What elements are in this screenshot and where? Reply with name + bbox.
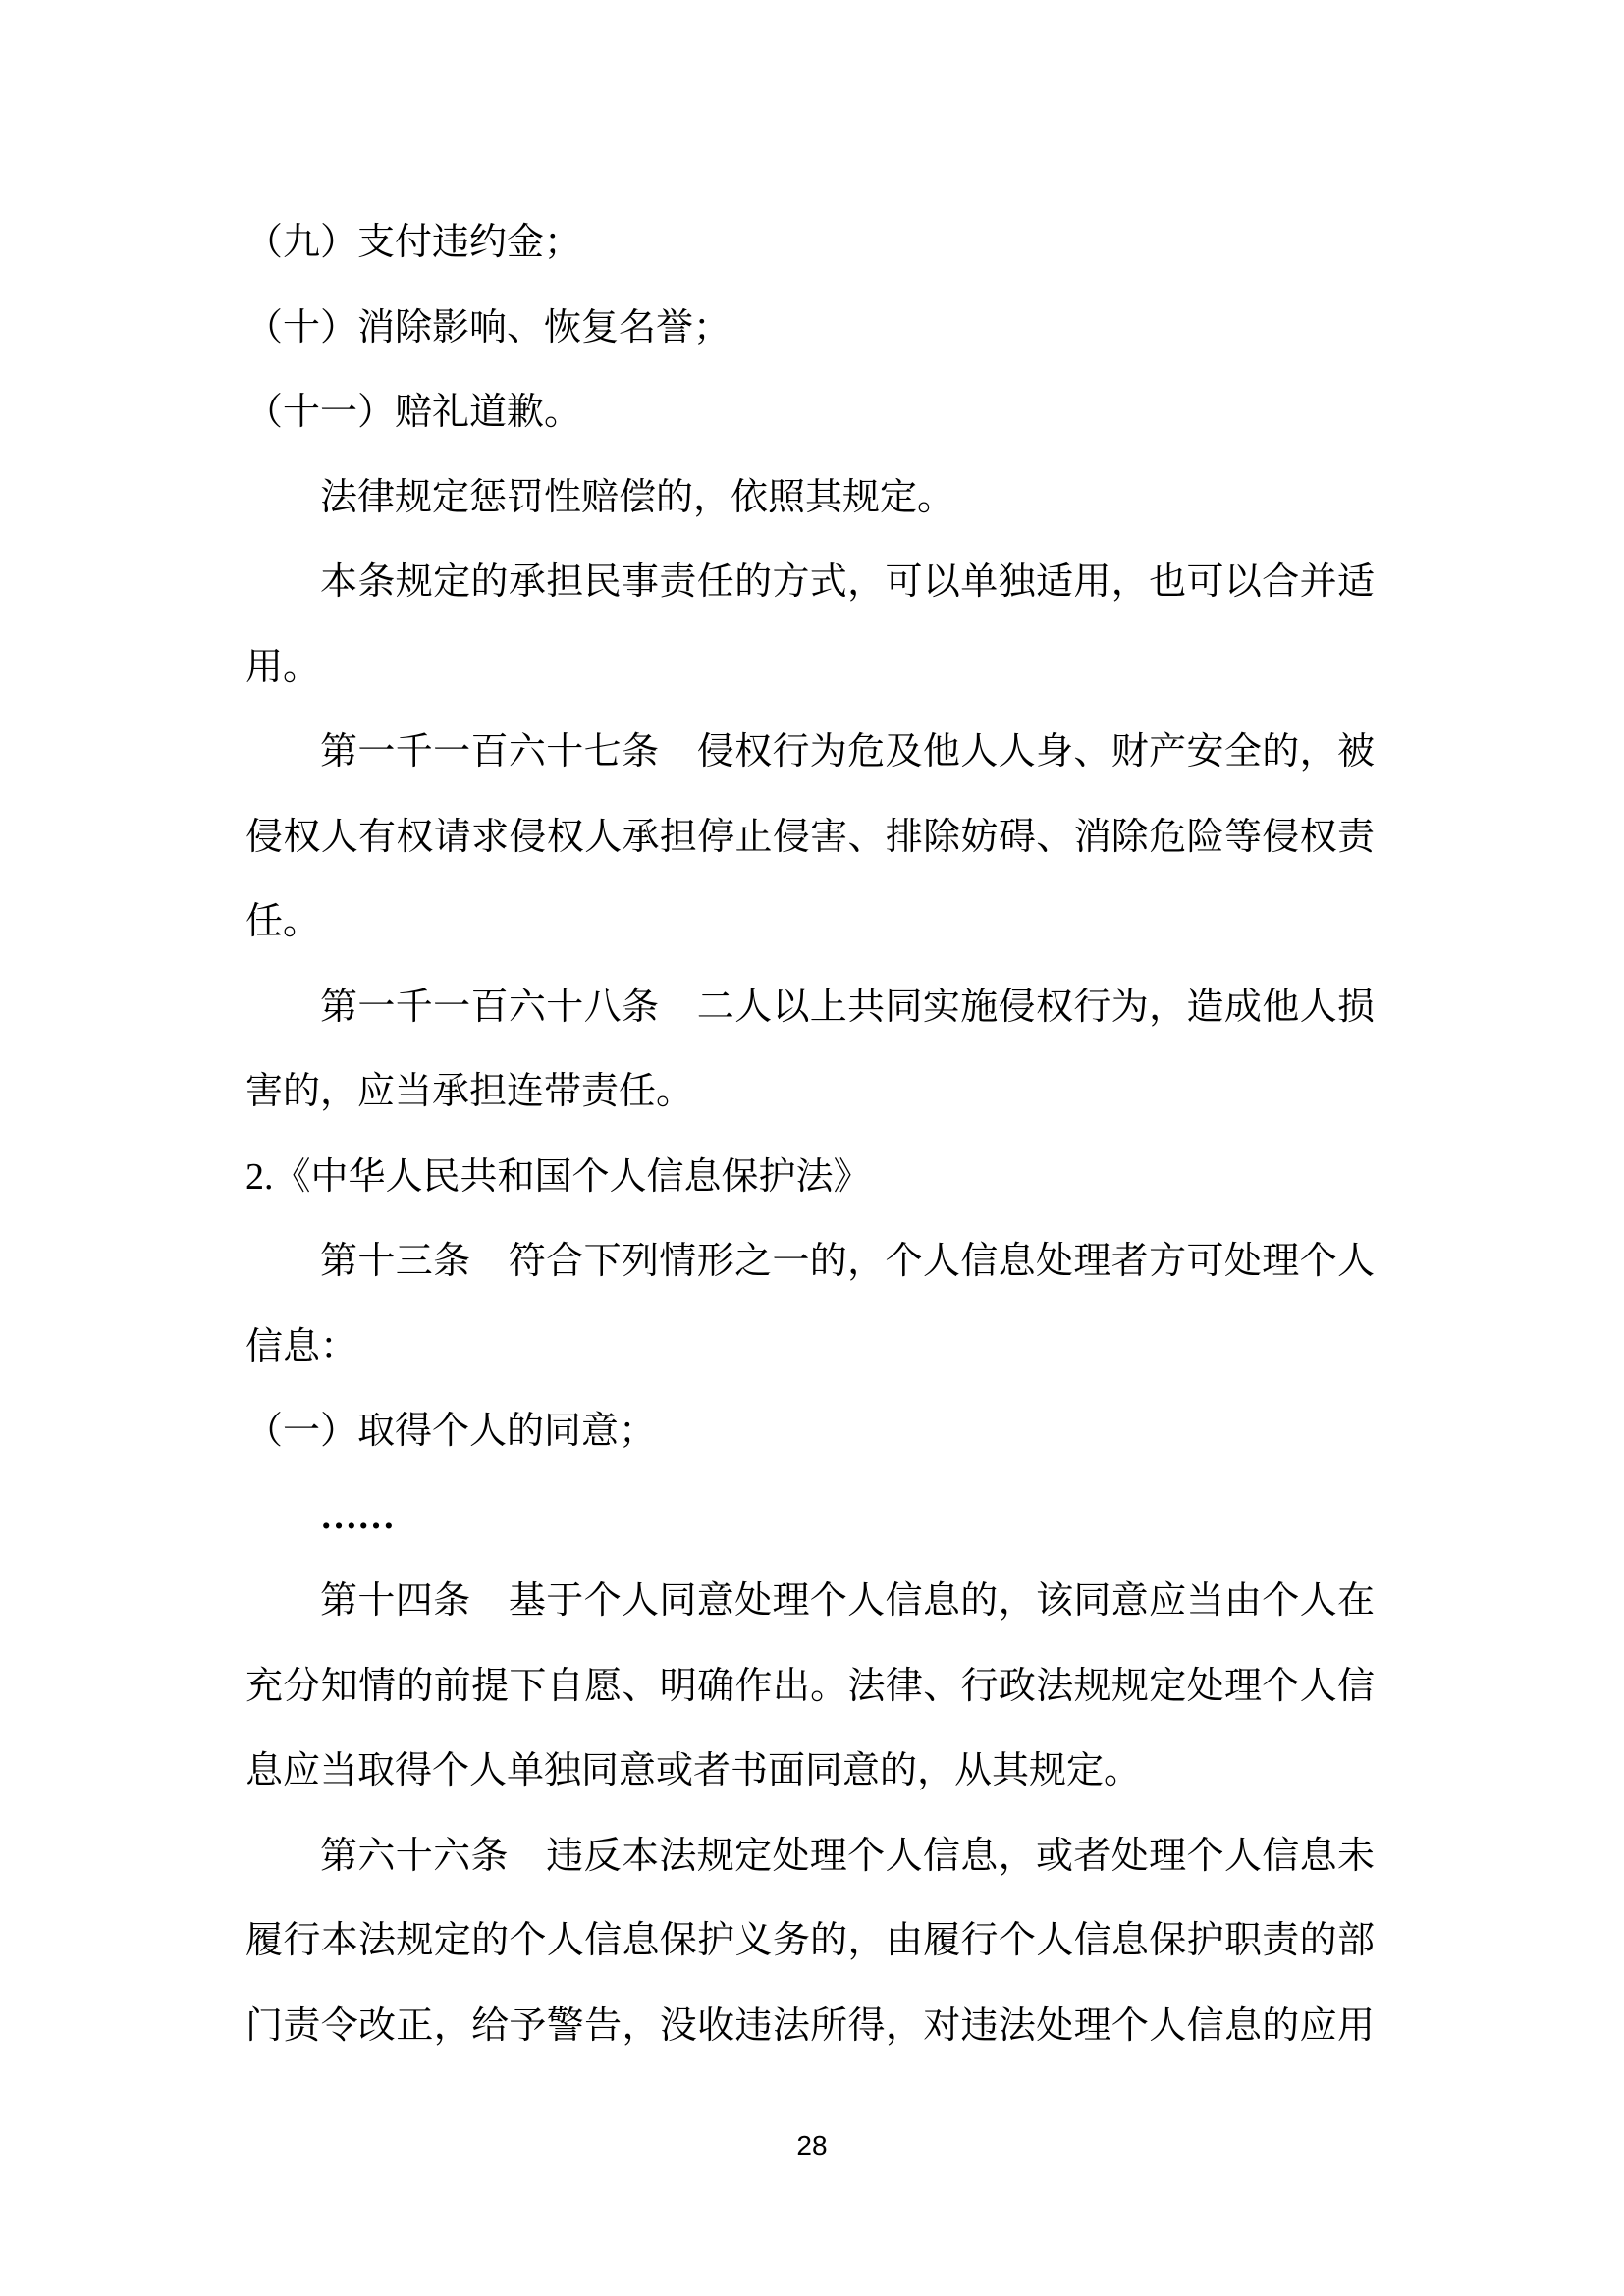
doc-line: 2.《中华人民共和国个人信息保护法》: [245, 1135, 1375, 1220]
doc-line: 第一千一百六十八条 二人以上共同实施侵权行为，造成他人损: [245, 965, 1375, 1050]
doc-line: （十）消除影响、恢复名誉；: [245, 286, 1375, 371]
doc-line: 本条规定的承担民事责任的方式，可以单独适用，也可以合并适: [245, 540, 1375, 625]
doc-line: 第六十六条 违反本法规定处理个人信息，或者处理个人信息未: [245, 1814, 1375, 1899]
doc-line: 害的，应当承担连带责任。: [245, 1049, 1375, 1135]
doc-line: 侵权人有权请求侵权人承担停止侵害、排除妨碍、消除危险等侵权责: [245, 795, 1375, 881]
doc-line: 息应当取得个人单独同意或者书面同意的，从其规定。: [245, 1729, 1375, 1814]
doc-line: 法律规定惩罚性赔偿的，依照其规定。: [245, 455, 1375, 541]
doc-line: 第一千一百六十七条 侵权行为危及他人人身、财产安全的，被: [245, 710, 1375, 795]
document-body: （九）支付违约金； （十）消除影响、恢复名誉； （十一）赔礼道歉。 法律规定惩罚…: [245, 200, 1375, 2068]
doc-line: 信息：: [245, 1305, 1375, 1390]
page-number: 28: [0, 2126, 1624, 2165]
doc-line: 第十四条 基于个人同意处理个人信息的，该同意应当由个人在: [245, 1559, 1375, 1644]
doc-line: 用。: [245, 625, 1375, 711]
doc-line: （九）支付违约金；: [245, 200, 1375, 286]
ellipsis-line: ……: [245, 1474, 1375, 1560]
doc-line: 第十三条 符合下列情形之一的，个人信息处理者方可处理个人: [245, 1219, 1375, 1305]
doc-line: （一）取得个人的同意；: [245, 1389, 1375, 1474]
doc-line: 任。: [245, 880, 1375, 965]
document-page: （九）支付违约金； （十）消除影响、恢复名誉； （十一）赔礼道歉。 法律规定惩罚…: [0, 0, 1624, 2296]
doc-line: （十一）赔礼道歉。: [245, 370, 1375, 455]
doc-line: 充分知情的前提下自愿、明确作出。法律、行政法规规定处理个人信: [245, 1644, 1375, 1730]
doc-line: 履行本法规定的个人信息保护义务的，由履行个人信息保护职责的部: [245, 1898, 1375, 1984]
doc-line: 门责令改正，给予警告，没收违法所得，对违法处理个人信息的应用: [245, 1984, 1375, 2069]
